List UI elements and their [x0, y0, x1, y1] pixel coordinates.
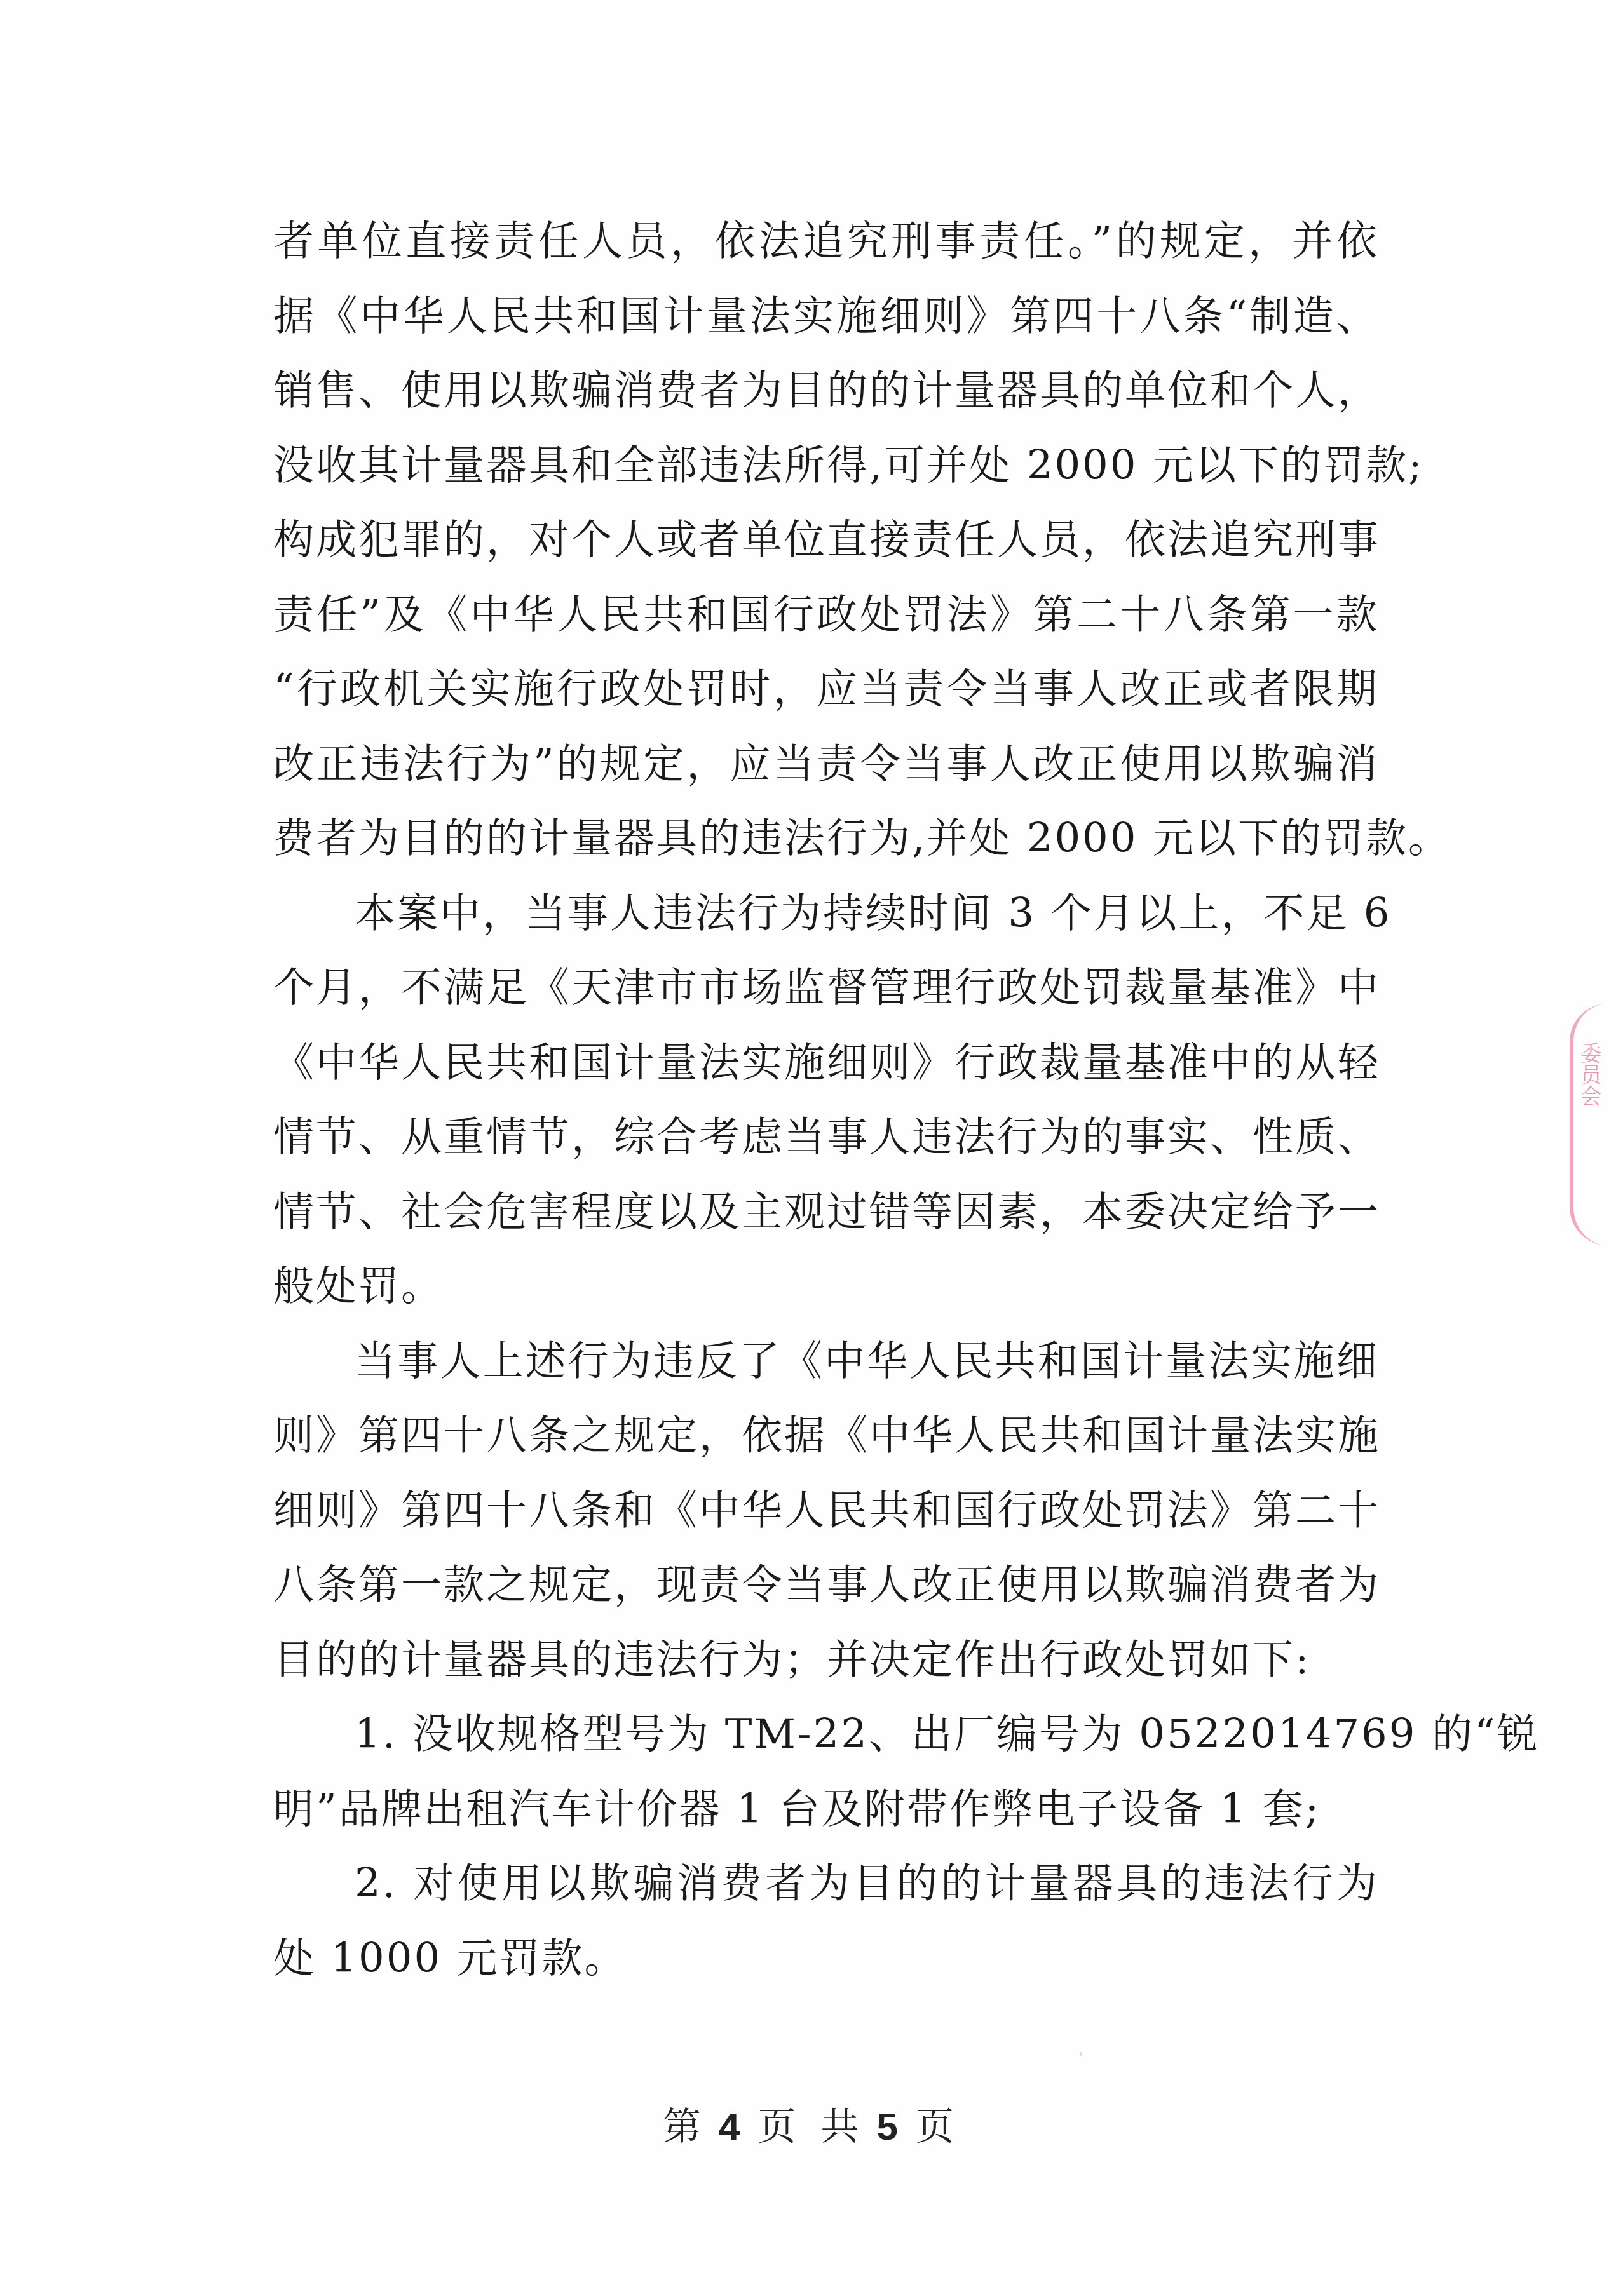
footer-middle: 页 共	[757, 2105, 865, 2149]
document-body: 者单位直接责任人员，依法追究刑事责任。”的规定，并依据《中华人民共和国计量法实施…	[273, 205, 1379, 1996]
text-line: 细则》第四十八条和《中华人民共和国行政处罚法》第二十	[273, 1474, 1379, 1549]
scan-speck	[1080, 2052, 1082, 2056]
text-line: 目的的计量器具的违法行为；并决定作出行政处罚如下:	[273, 1623, 1379, 1698]
text-line: 般处罚。	[273, 1250, 1379, 1325]
text-line: 据《中华人民共和国计量法实施细则》第四十八条“制造、	[273, 280, 1379, 355]
total-pages-number: 5	[877, 2105, 904, 2148]
text-line: 八条第一款之规定，现责令当事人改正使用以欺骗消费者为	[273, 1548, 1379, 1623]
footer-suffix: 页	[916, 2105, 960, 2149]
text-line: 责任”及《中华人民共和国行政处罚法》第二十八条第一款	[273, 578, 1379, 653]
text-line: 情节、从重情节，综合考虑当事人违法行为的事实、性质、	[273, 1100, 1379, 1175]
text-line: 明”品牌出租汽车计价器 1 台及附带作弊电子设备 1 套;	[273, 1773, 1379, 1847]
text-line: 者单位直接责任人员，依法追究刑事责任。”的规定，并依	[273, 205, 1379, 280]
text-line: 销售、使用以欺骗消费者为目的的计量器具的单位和个人，	[273, 354, 1379, 429]
text-line: 费者为目的的计量器具的违法行为,并处 2000 元以下的罚款。	[273, 802, 1379, 877]
text-line: 当事人上述行为违反了《中华人民共和国计量法实施细	[273, 1325, 1379, 1400]
current-page-number: 4	[719, 2105, 746, 2148]
text-line: “行政机关实施行政处罚时，应当责令当事人改正或者限期	[273, 652, 1379, 727]
text-line: 则》第四十八条之规定，依据《中华人民共和国计量法实施	[273, 1399, 1379, 1474]
text-line: 2. 对使用以欺骗消费者为目的的计量器具的违法行为	[273, 1847, 1379, 1922]
text-line: 《中华人民共和国计量法实施细则》行政裁量基准中的从轻	[273, 1026, 1379, 1101]
page-footer: 第4页 共5页	[0, 2097, 1623, 2151]
text-line: 构成犯罪的，对个人或者单位直接责任人员，依法追究刑事	[273, 503, 1379, 578]
text-line: 个月，不满足《天津市市场监督管理行政处罚裁量基准》中	[273, 951, 1379, 1026]
text-line: 1. 没收规格型号为 TM-22、出厂编号为 0522014769 的“锐	[273, 1698, 1379, 1773]
text-line: 改正违法行为”的规定，应当责令当事人改正使用以欺骗消	[273, 727, 1379, 802]
official-seal-stamp-text: 委员会	[1580, 1042, 1605, 1107]
footer-prefix: 第	[663, 2105, 707, 2149]
text-line: 处 1000 元罚款。	[273, 1922, 1379, 1997]
document-page: 者单位直接责任人员，依法追究刑事责任。”的规定，并依据《中华人民共和国计量法实施…	[0, 0, 1623, 2296]
text-line: 本案中，当事人违法行为持续时间 3 个月以上，不足 6	[273, 877, 1379, 952]
text-line: 情节、社会危害程度以及主观过错等因素，本委决定给予一	[273, 1175, 1379, 1250]
text-line: 没收其计量器具和全部违法所得,可并处 2000 元以下的罚款;	[273, 429, 1379, 504]
official-seal-stamp-edge	[1570, 1004, 1612, 1245]
